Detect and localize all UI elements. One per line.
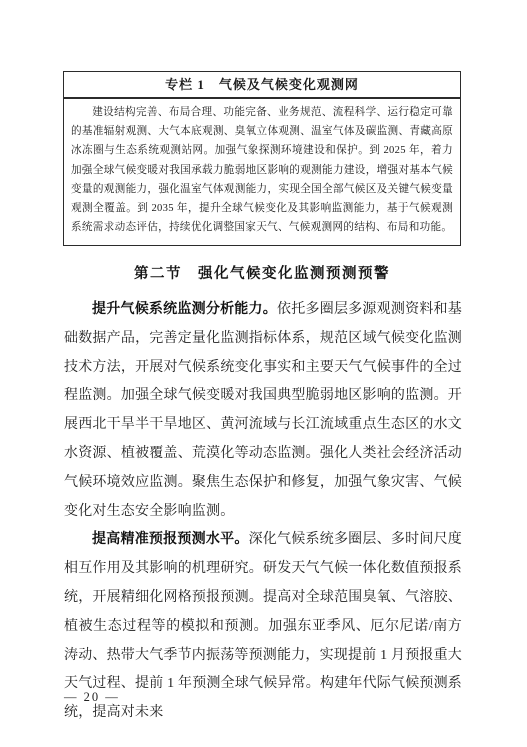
paragraph-2-text: 深化气候系统多圈层、多时间尺度相互作用及其影响的机理研究。研发天气气候一体化数值…	[64, 532, 462, 720]
callout-box-title: 专栏 1 气候及气候变化观测网	[64, 72, 460, 99]
body-text-block: 提升气候系统监测分析能力。依托多圈层多源观测资料和基础数据产品，完善定量化监测指…	[64, 296, 462, 728]
paragraph-2: 提高精准预报预测水平。深化气候系统多圈层、多时间尺度相互作用及其影响的机理研究。…	[64, 526, 462, 728]
section-heading: 第二节 强化气候变化监测预测预警	[63, 262, 461, 283]
document-page: 专栏 1 气候及气候变化观测网 建设结构完善、布局合理、功能完备、业务规范、流程…	[0, 0, 527, 747]
paragraph-1-lead: 提升气候系统监测分析能力。	[92, 302, 277, 317]
paragraph-1: 提升气候系统监测分析能力。依托多圈层多源观测资料和基础数据产品，完善定量化监测指…	[64, 296, 462, 526]
callout-box-column-1: 专栏 1 气候及气候变化观测网 建设结构完善、布局合理、功能完备、业务规范、流程…	[63, 71, 461, 246]
page-number: — 20 —	[64, 690, 120, 705]
paragraph-2-lead: 提高精准预报预测水平。	[92, 532, 249, 547]
paragraph-1-text: 依托多圈层多源观测资料和基础数据产品，完善定量化监测指标体系，规范区域气候变化监…	[64, 302, 462, 519]
callout-box-body: 建设结构完善、布局合理、功能完备、业务规范、流程科学、运行稳定可靠的基准辐射观测…	[64, 99, 460, 245]
callout-box-body-text: 建设结构完善、布局合理、功能完备、业务规范、流程科学、运行稳定可靠的基准辐射观测…	[71, 107, 453, 233]
